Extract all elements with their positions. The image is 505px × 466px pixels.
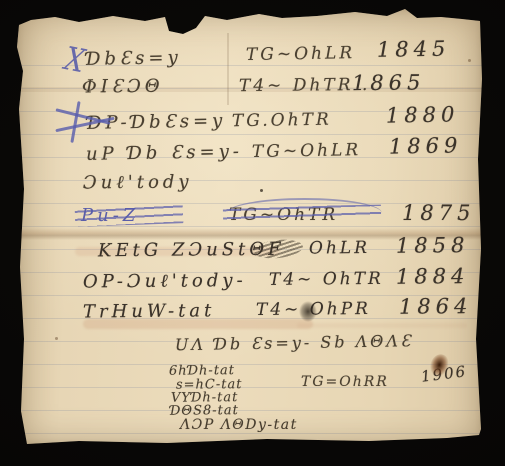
photo-background: X ƊbƐs=y TG~OhLR 1845 ΦIƐƆΘ T4~ DhTR . 1… (0, 0, 505, 466)
paper-edge-shading (17, 9, 482, 445)
paper-note: X ƊbƐs=y TG~OhLR 1845 ΦIƐƆΘ T4~ DhTR . 1… (17, 9, 482, 445)
